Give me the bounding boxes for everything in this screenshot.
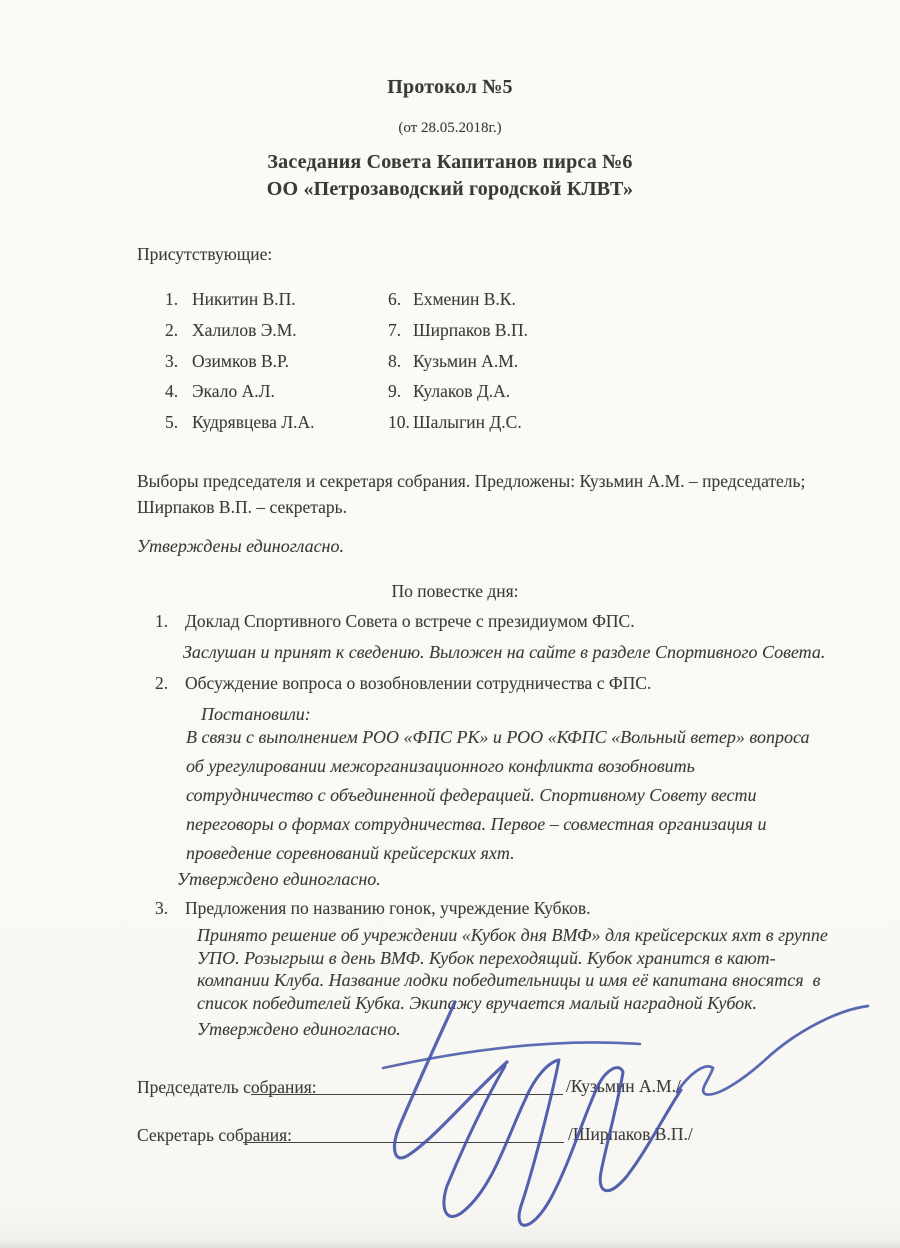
agenda-item-number: 1. xyxy=(155,611,185,632)
attendee-row: 10. Шалыгин Д.С. xyxy=(388,412,528,443)
agenda-item-3-title-row: 3. Предложения по названию гонок, учрежд… xyxy=(155,898,591,919)
agenda-item-2-title-row: 2. Обсуждение вопроса о возобновлении со… xyxy=(155,673,651,694)
attendee-name: Ехменин В.К. xyxy=(413,289,516,320)
resolution-line: проведение соревнований крейсерских яхт. xyxy=(186,843,810,872)
election-line: Ширпаков В.П. – секретарь. xyxy=(137,494,805,520)
agenda-item-2-resolution: В связи с выполнением РОО «ФПС РК» и РОО… xyxy=(186,727,810,872)
attendee-name: Кулаков Д.А. xyxy=(413,381,510,412)
attendee-name: Шалыгин Д.С. xyxy=(413,412,522,443)
attendee-number: 10. xyxy=(388,412,413,443)
document-subtitle-line1: Заседания Совета Капитанов пирса №6 xyxy=(0,151,900,174)
attendees-column-2: 6. Ехменин В.К. 7. Ширпаков В.П. 8. Кузь… xyxy=(388,289,528,443)
attendee-name: Никитин В.П. xyxy=(192,289,296,320)
attendee-row: 9. Кулаков Д.А. xyxy=(388,381,528,412)
agenda-item-2-label: Постановили: xyxy=(201,704,311,725)
attendees-column-1: 1. Никитин В.П. 2. Халилов Э.М. 3. Озимк… xyxy=(165,289,315,443)
resolution-line: УПО. Розыгрыш в день ВМФ. Кубок переходя… xyxy=(197,948,828,971)
attendee-row: 5. Кудрявцева Л.А. xyxy=(165,412,315,443)
attendee-number: 1. xyxy=(165,289,192,320)
attendee-row: 1. Никитин В.П. xyxy=(165,289,315,320)
attendee-name: Экало А.Л. xyxy=(192,381,275,412)
attendee-number: 2. xyxy=(165,320,192,351)
attendee-row: 4. Экало А.Л. xyxy=(165,381,315,412)
attendee-number: 4. xyxy=(165,381,192,412)
attendees-heading: Присутствующие: xyxy=(137,244,272,265)
resolution-line: Принято решение об учреждении «Кубок дня… xyxy=(197,925,828,948)
attendee-name: Ширпаков В.П. xyxy=(413,320,528,351)
attendee-number: 6. xyxy=(388,289,413,320)
document-date: (от 28.05.2018г.) xyxy=(0,120,900,137)
attendee-name: Кузьмин А.М. xyxy=(413,351,518,382)
agenda-heading: По повестке дня: xyxy=(140,581,770,602)
attendee-row: 3. Озимков В.Р. xyxy=(165,351,315,382)
agenda-item-2-approved-note: Утверждено единогласно. xyxy=(177,869,381,890)
attendee-row: 6. Ехменин В.К. xyxy=(388,289,528,320)
scan-edge-shadow xyxy=(0,1239,900,1248)
agenda-item-1-title-row: 1. Доклад Спортивного Совета о встрече с… xyxy=(155,611,635,632)
attendee-name: Озимков В.Р. xyxy=(192,351,289,382)
agenda-item-number: 3. xyxy=(155,898,185,919)
election-approved-note: Утверждены единогласно. xyxy=(137,536,344,557)
document-subtitle-line2: ОО «Петрозаводский городской КЛВТ» xyxy=(0,178,900,201)
document-title: Протокол №5 xyxy=(0,76,900,99)
attendee-number: 8. xyxy=(388,351,413,382)
attendee-number: 5. xyxy=(165,412,192,443)
attendee-number: 3. xyxy=(165,351,192,382)
attendee-row: 8. Кузьмин А.М. xyxy=(388,351,528,382)
agenda-item-title: Предложения по названию гонок, учреждени… xyxy=(185,898,591,919)
agenda-item-1-resolution: Заслушан и принят к сведению. Выложен на… xyxy=(183,642,825,663)
agenda-item-title: Доклад Спортивного Совета о встрече с пр… xyxy=(185,611,635,632)
attendee-name: Кудрявцева Л.А. xyxy=(192,412,315,443)
election-line: Выборы председателя и секретаря собрания… xyxy=(137,468,805,494)
scanned-protocol-page: Протокол №5 (от 28.05.2018г.) Заседания … xyxy=(0,0,900,1248)
attendee-number: 9. xyxy=(388,381,413,412)
resolution-line: переговоры о формах сотрудничества. Перв… xyxy=(186,814,810,843)
resolution-line: об урегулировании межорганизационного ко… xyxy=(186,756,810,785)
attendee-name: Халилов Э.М. xyxy=(192,320,297,351)
agenda-item-number: 2. xyxy=(155,673,185,694)
attendee-number: 7. xyxy=(388,320,413,351)
agenda-item-title: Обсуждение вопроса о возобновлении сотру… xyxy=(185,673,651,694)
attendee-row: 2. Халилов Э.М. xyxy=(165,320,315,351)
attendee-row: 7. Ширпаков В.П. xyxy=(388,320,528,351)
resolution-line: В связи с выполнением РОО «ФПС РК» и РОО… xyxy=(186,727,810,756)
resolution-line: сотрудничество с объединенной федерацией… xyxy=(186,785,810,814)
signature-ink xyxy=(355,980,880,1248)
election-paragraph: Выборы председателя и секретаря собрания… xyxy=(137,468,805,520)
